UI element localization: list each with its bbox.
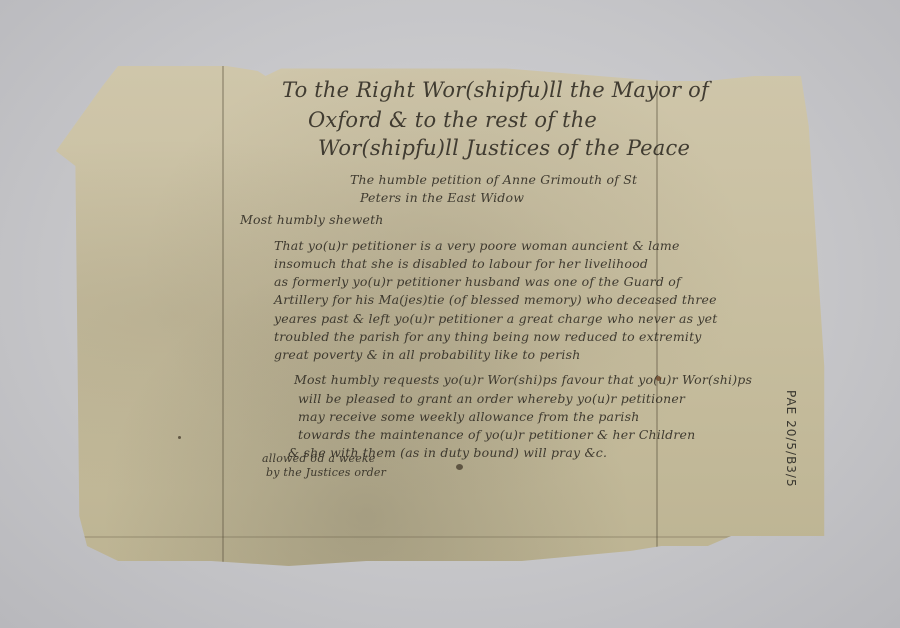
address-line: To the Right Wor(shipfu)ll the Mayor of [282, 78, 709, 102]
body-line: troubled the parish for any thing being … [274, 329, 702, 344]
address-line: Wor(shipfu)ll Justices of the Peace [318, 136, 690, 160]
body-line: That yo(u)r petitioner is a very poore w… [274, 238, 680, 253]
ink-stain [456, 464, 463, 470]
manuscript-sheet: To the Right Wor(shipfu)ll the Mayor of … [56, 66, 832, 566]
request-line: may receive some weekly allowance from t… [298, 409, 639, 424]
petitioner-line: The humble petition of Anne Grimouth of … [350, 172, 637, 187]
request-line: towards the maintenance of yo(u)r petiti… [298, 427, 695, 442]
body-line: yeares past & left yo(u)r petitioner a g… [274, 311, 718, 326]
annotation-line: by the Justices order [266, 466, 386, 479]
ink-stain [178, 436, 181, 439]
request-line: will be pleased to grant an order whereb… [298, 391, 685, 406]
body-line: great poverty & in all probability like … [274, 347, 581, 362]
petitioner-line: Peters in the East Widow [360, 190, 524, 205]
address-line: Oxford & to the rest of the [308, 108, 597, 132]
ink-stain [656, 376, 661, 381]
request-line: Most humbly requests yo(u)r Wor(shi)ps f… [294, 372, 752, 387]
body-line: as formerly yo(u)r petitioner husband wa… [274, 274, 681, 289]
body-line: insomuch that she is disabled to labour … [274, 256, 648, 271]
fold-line [56, 536, 832, 538]
fold-line [222, 66, 224, 566]
archive-reference: PAE 20/5/B3/5 [784, 390, 798, 488]
salutation: Most humbly sheweth [240, 212, 384, 227]
body-line: Artillery for his Ma(jes)tie (of blessed… [274, 292, 717, 307]
annotation-line: allowed 6d a weeke [262, 452, 375, 465]
